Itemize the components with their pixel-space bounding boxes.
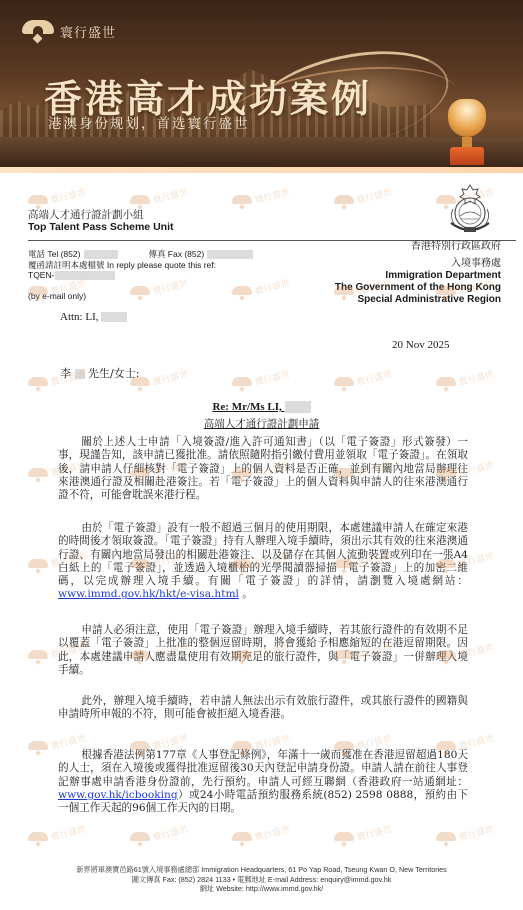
footer-website: 網址 Website: http://www.immd.gov.hk/ bbox=[0, 884, 523, 894]
ref-label: 覆函請註明本處檔號 In reply please quote this ref… bbox=[28, 260, 216, 271]
promo-banner: 寰行盛世 香港高才成功案例 港澳身份规划，首选寰行盛世 bbox=[0, 0, 523, 167]
body-paragraph: 關於上述人士申請「入境簽證/進入許可通知書」（以「電子簽證」形式簽發）一事，現謹… bbox=[58, 436, 468, 502]
gov-name-zh: 香港特別行政區政府 bbox=[335, 241, 501, 253]
brand-name: 寰行盛世 bbox=[60, 22, 116, 41]
salutation-title: 先生/女士: bbox=[88, 367, 139, 380]
tel-label: 電話 Tel (852) bbox=[28, 249, 80, 260]
redacted-ref bbox=[55, 271, 115, 280]
subject-line-1: Re: Mr/Ms LI, bbox=[0, 401, 523, 413]
icbooking-link[interactable]: www.gov.hk/icbooking bbox=[58, 789, 178, 801]
gov-name-en-1: The Government of the Hong Kong bbox=[335, 282, 501, 294]
approval-letter: 高端人才通行證計劃小組 Top Talent Pass Scheme Unit … bbox=[0, 173, 523, 910]
body-paragraph: 根據香港法例第177章《人事登記條例》，年滿十一歲而獲准在香港逗留超過180天的… bbox=[58, 749, 468, 815]
brand-logo-icon bbox=[22, 18, 54, 44]
immigration-emblem-icon bbox=[444, 183, 496, 237]
redacted-fax bbox=[207, 250, 253, 259]
contact-block: 電話 Tel (852) 傳真 Fax (852) 覆函請註明本處檔號 In r… bbox=[28, 249, 253, 281]
body-paragraph: 此外，辦理入境手續時，若申請人無法出示有效旅行證件，或其旅行證件的國籍與申請時所… bbox=[58, 695, 468, 722]
dept-name-en: Immigration Department bbox=[335, 270, 501, 282]
delivery-note: (by e-mail only) bbox=[28, 291, 86, 301]
ref-prefix: TQEN- bbox=[28, 270, 54, 281]
body-paragraph: 申請人必須注意，使用「電子簽證」辦理入境手續時，若其旅行證件的有效期不足以覆蓋「… bbox=[58, 624, 468, 677]
attention-line: Attn: LI, bbox=[60, 311, 127, 323]
subject-name: Re: Mr/Ms LI, bbox=[212, 401, 281, 413]
department-block: 香港特別行政區政府 入境事務處 Immigration Department T… bbox=[335, 241, 501, 306]
banner-subtitle: 港澳身份规划，首选寰行盛世 bbox=[48, 112, 250, 132]
footer-contact: 圖文傳真 Fax: (852) 2824 1133 • 電郵地址 E-mail … bbox=[0, 875, 523, 885]
dept-name-zh: 入境事務處 bbox=[335, 258, 501, 270]
attn-label: Attn: LI, bbox=[60, 311, 99, 323]
salutation: 李 先生/女士: bbox=[60, 365, 139, 381]
redacted-given-name bbox=[75, 369, 85, 379]
redacted-tel bbox=[84, 250, 118, 259]
redacted-subject-name bbox=[285, 401, 311, 413]
letter-footer: 新界將軍澳寶邑路61號入境事務處總部 Immigration Headquart… bbox=[0, 865, 523, 894]
e-visa-link[interactable]: www.immd.gov.hk/hkt/e-visa.html bbox=[58, 588, 239, 600]
gov-name-en-2: Special Administrative Region bbox=[335, 294, 501, 306]
redacted-name bbox=[101, 312, 127, 322]
subject-line-2: 高端人才通行證計劃申請 bbox=[0, 416, 523, 431]
unit-name-zh: 高端人才通行證計劃小組 bbox=[28, 207, 144, 222]
footer-address: 新界將軍澳寶邑路61號入境事務處總部 Immigration Headquart… bbox=[0, 865, 523, 875]
brand: 寰行盛世 bbox=[22, 18, 116, 44]
unit-name-en: Top Talent Pass Scheme Unit bbox=[28, 221, 173, 233]
bauhinia-trophy-icon bbox=[442, 95, 492, 167]
letter-date: 20 Nov 2025 bbox=[392, 339, 449, 351]
body-paragraph: 由於「電子簽證」設有一般不超過三個月的使用期限，本處建議申請人在確定來港的時間後… bbox=[58, 522, 468, 602]
salutation-surname: 李 bbox=[60, 367, 71, 380]
fax-label: 傳真 Fax (852) bbox=[148, 249, 204, 260]
